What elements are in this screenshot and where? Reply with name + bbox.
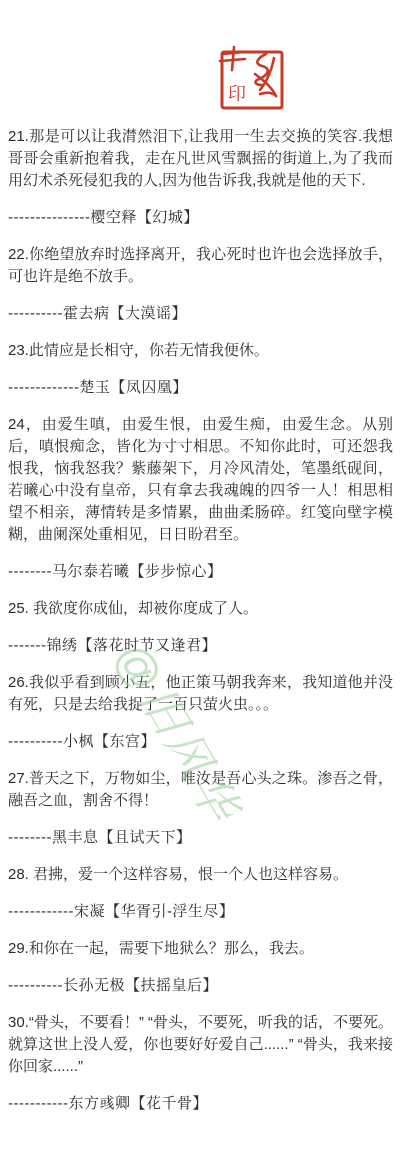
quote-text: 29.和你在一起，需要下地狱么？那么，我去。 [8,938,393,960]
quote-item: 27.普天之下，万物如尘，唯汝是吾心头之珠。渗吾之骨，融吾之血，割舍不得！---… [8,768,393,849]
quote-text: 24，由爱生嗔，由爱生恨，由爱生痴，由爱生念。从别后，嗔恨痴念，皆化为寸寸相思。… [8,414,393,546]
quote-source: ------------宋凝【华胥引-浮生尽】 [8,901,393,923]
quote-source: -----------东方彧卿【花千骨】 [8,1093,393,1115]
quote-list: 21.那是可以让我潸然泪下,让我用一生去交换的笑容.我想哥哥会重新抱着我，走在凡… [8,126,393,1130]
quote-source: ---------------樱空释【幻城】 [8,207,393,229]
quote-item: 25. 我欲度你成仙，却被你度成了人。-------锦绣【落花时节又逢君】 [8,598,393,657]
seal-icon: 印 [214,44,290,116]
quote-source: ----------长孙无极【扶摇皇后】 [8,975,393,997]
quote-item: 26.我似乎看到顾小五，他正策马朝我奔来，我知道他并没有死，只是去给我捉了一百只… [8,672,393,753]
seal-char-yin: 印 [228,84,246,104]
quote-item: 22.你绝望放弃时选择离开，我心死时也许也会选择放手，可也许是绝不放手。----… [8,244,393,325]
quote-source: ----------霍去病【大漠谣】 [8,303,393,325]
quote-text: 26.我似乎看到顾小五，他正策马朝我奔来，我知道他并没有死，只是去给我捉了一百只… [8,672,393,716]
quote-text: 25. 我欲度你成仙，却被你度成了人。 [8,598,393,620]
quote-item: 29.和你在一起，需要下地狱么？那么，我去。----------长孙无极【扶摇皇… [8,938,393,997]
quote-text: 23.此情应是长相守，你若无情我便休。 [8,340,393,362]
quote-text: 27.普天之下，万物如尘，唯汝是吾心头之珠。渗吾之骨，融吾之血，割舍不得！ [8,768,393,812]
quote-text: 28. 君拂，爱一个这样容易，恨一个人也这样容易。 [8,864,393,886]
quote-item: 23.此情应是长相守，你若无情我便休。-------------楚玉【凤囚凰】 [8,340,393,399]
quote-source: --------黑丰息【且试天下】 [8,827,393,849]
seal-stamp: 印 [214,44,290,116]
quote-item: 28. 君拂，爱一个这样容易，恨一个人也这样容易。------------宋凝【… [8,864,393,923]
quote-source: -------锦绣【落花时节又逢君】 [8,635,393,657]
quote-text: 21.那是可以让我潸然泪下,让我用一生去交换的笑容.我想哥哥会重新抱着我，走在凡… [8,126,393,192]
quote-text: 30.“骨头，不要看！” “骨头，不要死，听我的话，不要死。就算这世上没人爱，你… [8,1012,393,1078]
quote-sheet-page: 印 @旧风华 21.那是可以让我潸然泪下,让我用一生去交换的笑容.我想哥哥会重新… [0,0,400,1167]
quote-item: 24，由爱生嗔，由爱生恨，由爱生痴，由爱生念。从别后，嗔恨痴念，皆化为寸寸相思。… [8,414,393,583]
quote-source: -------------楚玉【凤囚凰】 [8,377,393,399]
quote-source: ----------小枫【东宫】 [8,731,393,753]
quote-item: 21.那是可以让我潸然泪下,让我用一生去交换的笑容.我想哥哥会重新抱着我，走在凡… [8,126,393,229]
quote-text: 22.你绝望放弃时选择离开，我心死时也许也会选择放手，可也许是绝不放手。 [8,244,393,288]
quote-source: --------马尔泰若曦【步步惊心】 [8,561,393,583]
quote-item: 30.“骨头，不要看！” “骨头，不要死，听我的话，不要死。就算这世上没人爱，你… [8,1012,393,1115]
